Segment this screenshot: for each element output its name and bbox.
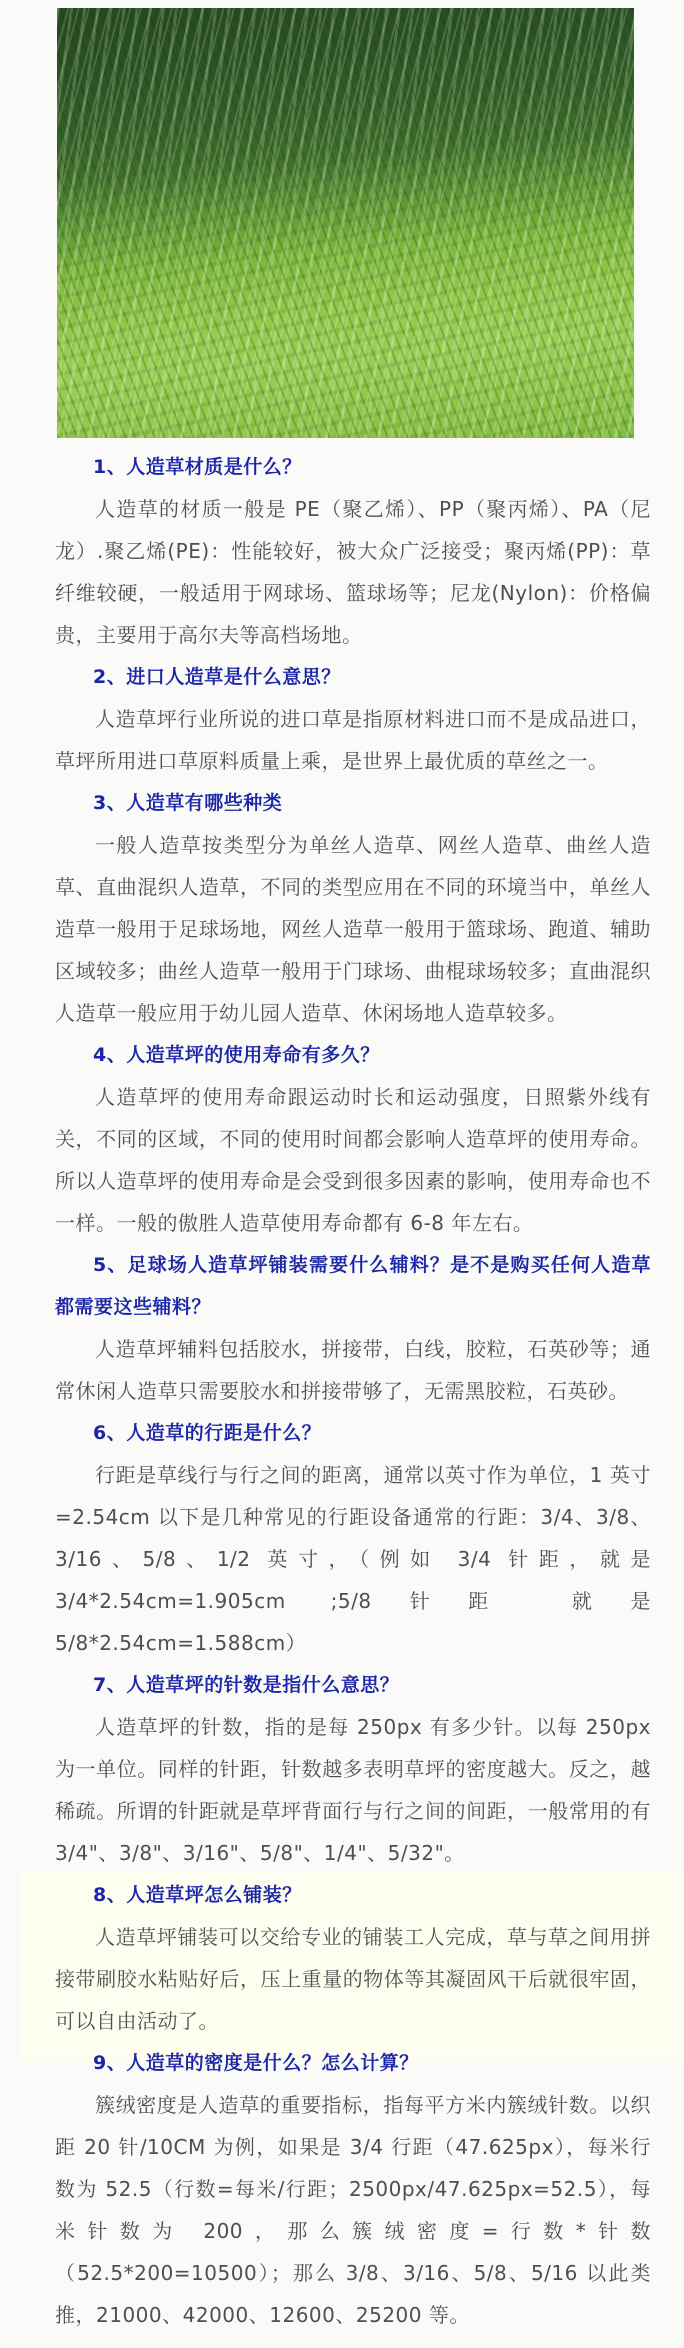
answer-7-paragraph: 人造草坪的针数，指的是每 250px 有多少针。以每 250px 为一单位。同样… xyxy=(55,1706,651,1874)
qa-article: 1、人造草材质是什么？ 人造草的材质一般是 PE（聚乙烯）、PP（聚丙烯）、PA… xyxy=(55,446,651,2336)
answer-4-paragraph: 人造草坪的使用寿命跟运动时长和运动强度，日照紫外线有关，不同的区域，不同的使用时… xyxy=(55,1076,651,1244)
qa-section-3: 3、人造草有哪些种类 一般人造草按类型分为单丝人造草、网丝人造草、曲丝人造草、直… xyxy=(55,782,651,1034)
qa-section-1: 1、人造草材质是什么？ 人造草的材质一般是 PE（聚乙烯）、PP（聚丙烯）、PA… xyxy=(55,446,651,656)
question-3-heading: 3、人造草有哪些种类 xyxy=(55,782,651,824)
question-7-heading: 7、人造草坪的针数是指什么意思？ xyxy=(55,1664,651,1706)
artificial-grass-photo xyxy=(57,8,634,438)
question-4-heading: 4、人造草坪的使用寿命有多久？ xyxy=(55,1034,651,1076)
qa-section-6: 6、人造草的行距是什么？ 行距是草线行与行之间的距离，通常以英寸作为单位，1 英… xyxy=(55,1412,651,1664)
qa-section-4: 4、人造草坪的使用寿命有多久？ 人造草坪的使用寿命跟运动时长和运动强度，日照紫外… xyxy=(55,1034,651,1244)
qa-section-2: 2、进口人造草是什么意思？ 人造草坪行业所说的进口草是指原材料进口而不是成品进口… xyxy=(55,656,651,782)
answer-8-paragraph: 人造草坪铺装可以交给专业的铺装工人完成，草与草之间用拼接带刷胶水粘贴好后，压上重… xyxy=(55,1916,651,2042)
question-9-heading: 9、人造草的密度是什么？怎么计算？ xyxy=(55,2042,651,2084)
question-2-heading: 2、进口人造草是什么意思？ xyxy=(55,656,651,698)
question-6-heading: 6、人造草的行距是什么？ xyxy=(55,1412,651,1454)
question-8-heading: 8、人造草坪怎么铺装？ xyxy=(55,1874,651,1916)
answer-6-paragraph: 行距是草线行与行之间的距离，通常以英寸作为单位，1 英寸=2.54cm 以下是几… xyxy=(55,1454,651,1664)
qa-section-9: 9、人造草的密度是什么？怎么计算？ 簇绒密度是人造草的重要指标，指每平方米内簇绒… xyxy=(55,2042,651,2336)
qa-section-8: 8、人造草坪怎么铺装？ 人造草坪铺装可以交给专业的铺装工人完成，草与草之间用拼接… xyxy=(55,1874,651,2042)
article-page: 1、人造草材质是什么？ 人造草的材质一般是 PE（聚乙烯）、PP（聚丙烯）、PA… xyxy=(0,0,684,2348)
answer-3-paragraph: 一般人造草按类型分为单丝人造草、网丝人造草、曲丝人造草、直曲混织人造草，不同的类… xyxy=(55,824,651,1034)
answer-5-paragraph: 人造草坪辅料包括胶水，拼接带，白线，胶粒，石英砂等；通常休闲人造草只需要胶水和拼… xyxy=(55,1328,651,1412)
question-1-heading: 1、人造草材质是什么？ xyxy=(55,446,651,488)
answer-9-paragraph: 簇绒密度是人造草的重要指标，指每平方米内簇绒针数。以织距 20 针/10CM 为… xyxy=(55,2084,651,2336)
question-5-heading: 5、足球场人造草坪铺装需要什么辅料？是不是购买任何人造草都需要这些辅料？ xyxy=(55,1244,651,1328)
qa-section-7: 7、人造草坪的针数是指什么意思？ 人造草坪的针数，指的是每 250px 有多少针… xyxy=(55,1664,651,1874)
answer-2-paragraph: 人造草坪行业所说的进口草是指原材料进口而不是成品进口，草坪所用进口草原料质量上乘… xyxy=(55,698,651,782)
answer-1-paragraph: 人造草的材质一般是 PE（聚乙烯）、PP（聚丙烯）、PA（尼龙）.聚乙烯(PE)… xyxy=(55,488,651,656)
qa-section-5: 5、足球场人造草坪铺装需要什么辅料？是不是购买任何人造草都需要这些辅料？ 人造草… xyxy=(55,1244,651,1412)
